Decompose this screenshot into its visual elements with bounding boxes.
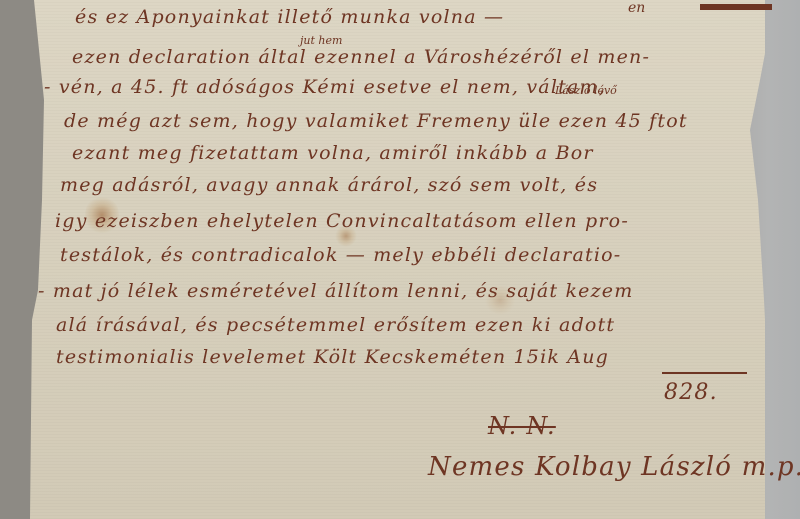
text-line-10: alá írásával, és pecsétemmel erősítem ez… (56, 314, 615, 336)
crossed-initials: N. N. (488, 412, 556, 440)
margin-note: en (628, 0, 645, 16)
text-line-3: - vén, a 45. ft adóságos Kémi esetve el … (44, 76, 606, 98)
text-line-2: ezen declaration által ezennel a Városhé… (72, 46, 650, 68)
date-underline (662, 372, 747, 374)
text-line-9: - mat jó lélek esméretével állítom lenni… (38, 280, 633, 302)
date-year: 828. (664, 380, 718, 405)
text-line-8: testálok, és contradicalok — mely ebbéli… (60, 244, 621, 266)
text-line-11: testimonialis levelemet Költ Kecskeméten… (56, 346, 609, 368)
text-line-7: igy ezeiszben ehelytelen Convincaltatáso… (55, 210, 629, 232)
scratched-out-word (700, 4, 772, 10)
signature: Nemes Kolbay László m.p. (428, 452, 800, 482)
text-line-6: meg adásról, avagy annak árárol, szó sem… (60, 174, 598, 196)
text-line-1: és ez Aponyainkat illető munka volna — (75, 6, 504, 28)
text-line-5: ezant meg fizetattam volna, amiről inkáb… (72, 142, 594, 164)
text-line-4: de még azt sem, hogy valamiket Fremeny ü… (64, 110, 688, 132)
